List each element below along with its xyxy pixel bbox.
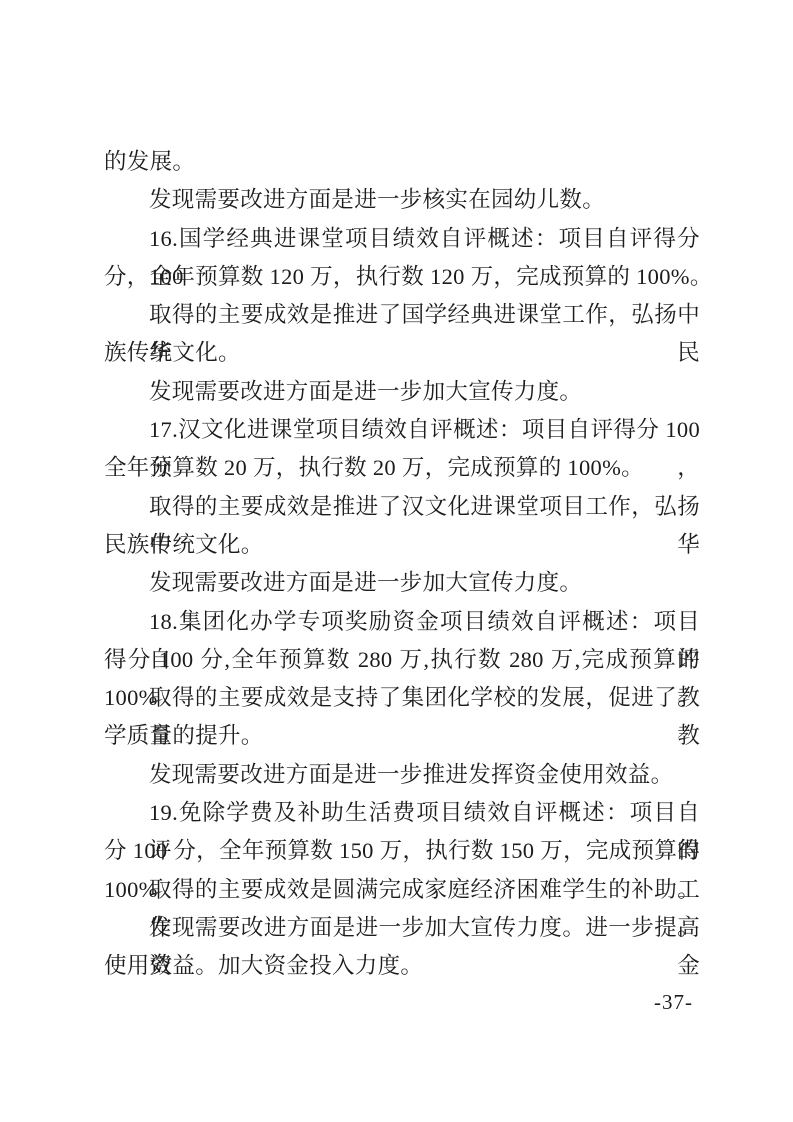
text-line: 发现需要改进方面是进一步核实在园幼儿数。 [104, 181, 700, 219]
document-page: 的发展。发现需要改进方面是进一步核实在园幼儿数。16.国学经典进课堂项目绩效自评… [0, 0, 793, 1122]
text-line: 取得的主要成效是圆满完成家庭经济困难学生的补助工作。 [104, 871, 700, 909]
text-line: 分，全年预算数 120 万，执行数 120 万，完成预算的 100%。 [104, 258, 700, 296]
text-line: 16.国学经典进课堂项目绩效自评概述：项目自评得分 100 [104, 220, 700, 258]
text-line: 18.集团化办学专项奖励资金项目绩效自评概述：项目自评 [104, 603, 700, 641]
text-line: 分 100 分，全年预算数 150 万，执行数 150 万，完成预算的 100%… [104, 832, 700, 870]
text-line: 19.免除学费及补助生活费项目绩效自评概述：项目自评得 [104, 794, 700, 832]
page-number: -37- [654, 990, 693, 1014]
text-line: 17.汉文化进课堂项目绩效自评概述：项目自评得分 100 分， [104, 411, 700, 449]
text-line: 取得的主要成效是推进了国学经典进课堂工作，弘扬中华民 [104, 296, 700, 334]
text-line: 全年预算数 20 万，执行数 20 万，完成预算的 100%。 [104, 449, 700, 487]
text-line: 发现需要改进方面是进一步推进发挥资金使用效益。 [104, 756, 700, 794]
text-line: 发现需要改进方面是进一步加大宣传力度。进一步提高资金 [104, 909, 700, 947]
text-line: 得分 100 分,全年预算数 280 万,执行数 280 万,完成预算的 100… [104, 641, 700, 679]
text-line: 取得的主要成效是支持了集团化学校的发展，促进了教育教 [104, 679, 700, 717]
text-line: 发现需要改进方面是进一步加大宣传力度。 [104, 373, 700, 411]
document-text: 的发展。发现需要改进方面是进一步核实在园幼儿数。16.国学经典进课堂项目绩效自评… [104, 143, 700, 986]
text-line: 的发展。 [104, 143, 700, 181]
text-line: 发现需要改进方面是进一步加大宣传力度。 [104, 564, 700, 602]
text-line: 取得的主要成效是推进了汉文化进课堂项目工作，弘扬中华 [104, 488, 700, 526]
